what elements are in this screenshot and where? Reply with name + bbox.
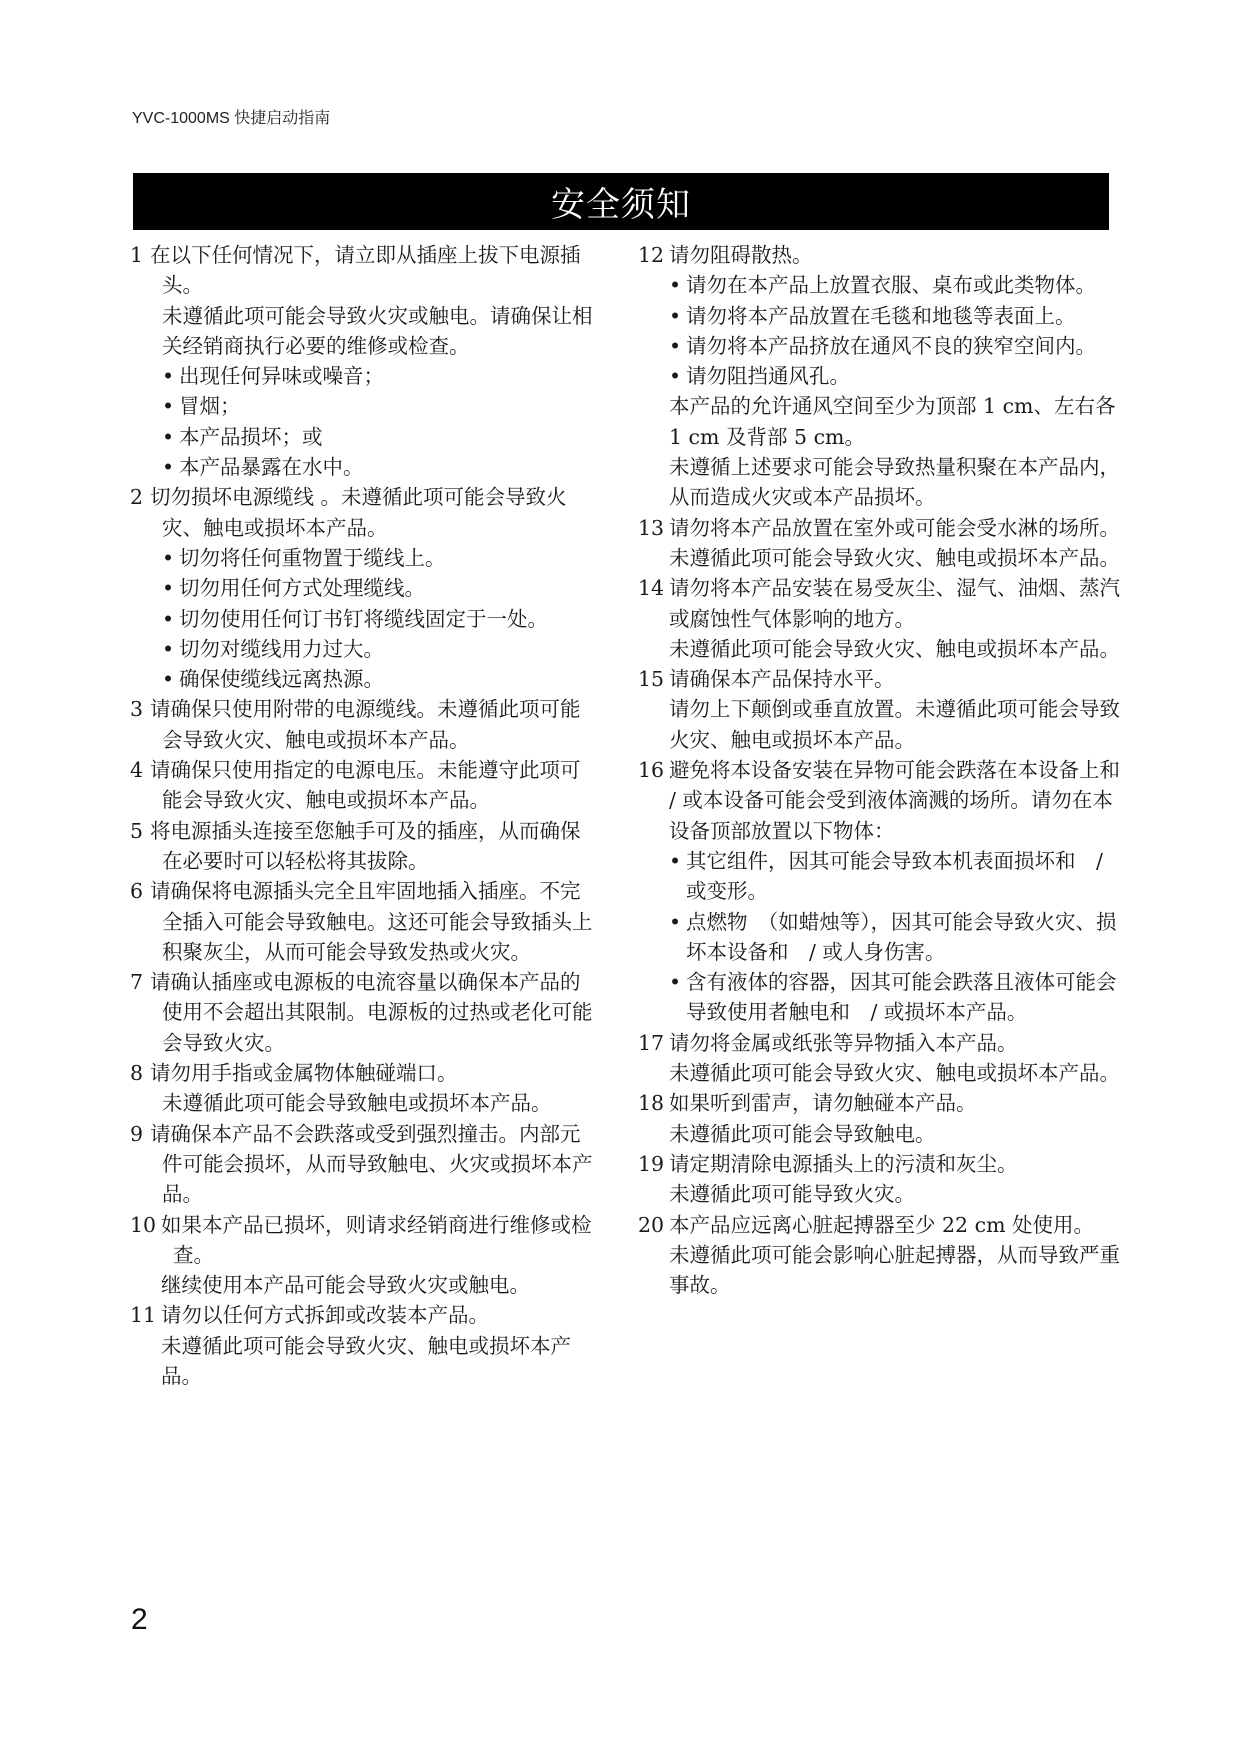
item-lead: 请勿用手指或金属物体触碰端口。 xyxy=(150,1058,600,1088)
item-note: 未遵循此项可能会导致火灾或触电。请确保让相关经销商执行必要的维修或检查。 xyxy=(150,301,600,362)
item-number: 13 xyxy=(638,513,664,543)
bullet-item: 出现任何异味或噪音； xyxy=(162,361,600,391)
item-lead: 请勿将本产品放置在室外或可能会受水淋的场所。 xyxy=(669,513,1128,543)
item-number: 20 xyxy=(638,1210,664,1240)
item-number: 14 xyxy=(638,573,664,603)
item-lead: 如果本产品已损坏，则请求经销商进行维修或检查。 xyxy=(161,1210,600,1271)
item-number: 2 xyxy=(130,482,143,512)
safety-item-13: 13 请勿将本产品放置在室外或可能会受水淋的场所。 未遵循此项可能会导致火灾、触… xyxy=(638,513,1128,574)
safety-item-14: 14 请勿将本产品安装在易受灰尘、湿气、油烟、蒸汽或腐蚀性气体影响的地方。 未遵… xyxy=(638,573,1128,664)
bullet-item: 请勿阻挡通风孔。 xyxy=(669,361,1128,391)
bullet-item: 其它组件，因其可能会导致本机表面损坏和 / 或变形。 xyxy=(669,846,1128,907)
bullet-item: 含有液体的容器，因其可能会跌落且液体可能会导致使用者触电和 / 或损坏本产品。 xyxy=(669,967,1128,1028)
safety-item-11: 11 请勿以任何方式拆卸或改装本产品。 未遵循此项可能会导致火灾、触电或损坏本产… xyxy=(130,1300,600,1391)
item-lead: 如果听到雷声，请勿触碰本产品。 xyxy=(669,1088,1128,1118)
item-lead: 请确保本产品保持水平。 xyxy=(669,664,1128,694)
item-lead: 避免将本设备安装在异物可能会跌落在本设备上和 / 或本设备可能会受到液体滴溅的场… xyxy=(669,755,1128,846)
item-number: 15 xyxy=(638,664,664,694)
item-number: 11 xyxy=(130,1300,156,1330)
item-number: 4 xyxy=(130,755,143,785)
item-lead: 切勿损坏电源缆线 。未遵循此项可能会导致火灾、触电或损坏本产品。 xyxy=(150,482,600,543)
safety-item-6: 6 请确保将电源插头完全且牢固地插入插座。不完全插入可能会导致触电。这还可能会导… xyxy=(130,876,600,967)
safety-item-20: 20 本产品应远离心脏起搏器至少 22 cm 处使用。 未遵循此项可能会影响心脏… xyxy=(638,1210,1128,1301)
bullet-item: 确保使缆线远离热源。 xyxy=(162,664,600,694)
item-number: 19 xyxy=(638,1149,664,1179)
item-lead: 请勿阻碍散热。 xyxy=(669,240,1128,270)
item-note: 未遵循此项可能导致火灾。 xyxy=(669,1179,1128,1209)
bullet-list: 请勿在本产品上放置衣服、桌布或此类物体。 请勿将本产品放置在毛毯和地毯等表面上。… xyxy=(669,270,1128,391)
safety-item-2: 2 切勿损坏电源缆线 。未遵循此项可能会导致火灾、触电或损坏本产品。 切勿将任何… xyxy=(130,482,600,694)
item-note: 未遵循此项可能会导致触电或损坏本产品。 xyxy=(150,1088,600,1118)
item-number: 12 xyxy=(638,240,664,270)
bullet-list: 其它组件，因其可能会导致本机表面损坏和 / 或变形。 点燃物 （如蜡烛等），因其… xyxy=(669,846,1128,1028)
item-number: 16 xyxy=(638,755,664,785)
item-note: 未遵循此项可能会导致触电。 xyxy=(669,1119,1128,1149)
safety-item-5: 5 将电源插头连接至您触手可及的插座，从而确保在必要时可以轻松将其拔除。 xyxy=(130,816,600,877)
item-number: 3 xyxy=(130,694,143,724)
left-column: 1 在以下任何情况下，请立即从插座上拔下电源插头。 未遵循此项可能会导致火灾或触… xyxy=(130,240,600,1391)
item-lead: 请定期清除电源插头上的污渍和灰尘。 xyxy=(669,1149,1128,1179)
item-note: 未遵循此项可能会导致火灾、触电或损坏本产品。 xyxy=(161,1331,600,1392)
safety-item-15: 15 请确保本产品保持水平。 请勿上下颠倒或垂直放置。未遵循此项可能会导致火灾、… xyxy=(638,664,1128,755)
safety-item-17: 17 请勿将金属或纸张等异物插入本产品。 未遵循此项可能会导致火灾、触电或损坏本… xyxy=(638,1028,1128,1089)
safety-item-12: 12 请勿阻碍散热。 请勿在本产品上放置衣服、桌布或此类物体。 请勿将本产品放置… xyxy=(638,240,1128,513)
bullet-item: 本产品损坏；或 xyxy=(162,422,600,452)
item-note: 本产品的允许通风空间至少为顶部 1 cm、左右各 1 cm 及背部 5 cm。 xyxy=(669,391,1128,452)
item-number: 17 xyxy=(638,1028,664,1058)
item-number: 9 xyxy=(130,1119,143,1149)
item-lead: 请确保只使用附带的电源缆线。未遵循此项可能会导致火灾、触电或损坏本产品。 xyxy=(150,694,600,755)
item-lead: 请确保本产品不会跌落或受到强烈撞击。内部元件可能会损坏，从而导致触电、火灾或损坏… xyxy=(150,1119,600,1210)
safety-item-16: 16 避免将本设备安装在异物可能会跌落在本设备上和 / 或本设备可能会受到液体滴… xyxy=(638,755,1128,1028)
safety-item-18: 18 如果听到雷声，请勿触碰本产品。 未遵循此项可能会导致触电。 xyxy=(638,1088,1128,1149)
bullet-item: 请勿将本产品放置在毛毯和地毯等表面上。 xyxy=(669,301,1128,331)
bullet-item: 请勿在本产品上放置衣服、桌布或此类物体。 xyxy=(669,270,1128,300)
page-number: 2 xyxy=(131,1603,148,1637)
safety-item-9: 9 请确保本产品不会跌落或受到强烈撞击。内部元件可能会损坏，从而导致触电、火灾或… xyxy=(130,1119,600,1210)
item-note: 未遵循上述要求可能会导致热量积聚在本产品内，从而造成火灾或本产品损坏。 xyxy=(669,452,1128,513)
section-title: 安全须知 xyxy=(551,177,691,226)
item-note: 请勿上下颠倒或垂直放置。未遵循此项可能会导致火灾、触电或损坏本产品。 xyxy=(669,694,1128,755)
safety-item-8: 8 请勿用手指或金属物体触碰端口。 未遵循此项可能会导致触电或损坏本产品。 xyxy=(130,1058,600,1119)
item-lead: 请勿将本产品安装在易受灰尘、湿气、油烟、蒸汽或腐蚀性气体影响的地方。 xyxy=(669,573,1128,634)
item-number: 7 xyxy=(130,967,143,997)
bullet-list: 出现任何异味或噪音； 冒烟； 本产品损坏；或 本产品暴露在水中。 xyxy=(150,361,600,482)
item-note: 未遵循此项可能会导致火灾、触电或损坏本产品。 xyxy=(669,543,1128,573)
item-lead: 在以下任何情况下，请立即从插座上拔下电源插头。 xyxy=(150,240,600,301)
safety-item-7: 7 请确认插座或电源板的电流容量以确保本产品的使用不会超出其限制。电源板的过热或… xyxy=(130,967,600,1058)
item-lead: 请确认插座或电源板的电流容量以确保本产品的使用不会超出其限制。电源板的过热或老化… xyxy=(150,967,600,1058)
item-lead: 请确保将电源插头完全且牢固地插入插座。不完全插入可能会导致触电。这还可能会导致插… xyxy=(150,876,600,967)
item-note: 未遵循此项可能会影响心脏起搏器，从而导致严重事故。 xyxy=(669,1240,1128,1301)
item-note: 未遵循此项可能会导致火灾、触电或损坏本产品。 xyxy=(669,1058,1128,1088)
item-note: 继续使用本产品可能会导致火灾或触电。 xyxy=(161,1270,600,1300)
bullet-item: 切勿使用任何订书钉将缆线固定于一处。 xyxy=(162,604,600,634)
safety-item-4: 4 请确保只使用指定的电源电压。未能遵守此项可能会导致火灾、触电或损坏本产品。 xyxy=(130,755,600,816)
bullet-item: 请勿将本产品挤放在通风不良的狭窄空间内。 xyxy=(669,331,1128,361)
safety-item-10: 10 如果本产品已损坏，则请求经销商进行维修或检查。 继续使用本产品可能会导致火… xyxy=(130,1210,600,1301)
item-note: 未遵循此项可能会导致火灾、触电或损坏本产品。 xyxy=(669,634,1128,664)
bullet-item: 切勿对缆线用力过大。 xyxy=(162,634,600,664)
safety-item-19: 19 请定期清除电源插头上的污渍和灰尘。 未遵循此项可能导致火灾。 xyxy=(638,1149,1128,1210)
running-head: YVC-1000MS 快捷启动指南 xyxy=(132,105,330,128)
bullet-item: 本产品暴露在水中。 xyxy=(162,452,600,482)
item-lead: 将电源插头连接至您触手可及的插座，从而确保在必要时可以轻松将其拔除。 xyxy=(150,816,600,877)
bullet-list: 切勿将任何重物置于缆线上。 切勿用任何方式处理缆线。 切勿使用任何订书钉将缆线固… xyxy=(150,543,600,694)
item-number: 1 xyxy=(130,240,143,270)
item-number: 8 xyxy=(130,1058,143,1088)
bullet-item: 冒烟； xyxy=(162,391,600,421)
item-lead: 本产品应远离心脏起搏器至少 22 cm 处使用。 xyxy=(669,1210,1128,1240)
bullet-item: 切勿将任何重物置于缆线上。 xyxy=(162,543,600,573)
item-lead: 请勿以任何方式拆卸或改装本产品。 xyxy=(161,1300,600,1330)
right-column: 12 请勿阻碍散热。 请勿在本产品上放置衣服、桌布或此类物体。 请勿将本产品放置… xyxy=(638,240,1128,1300)
safety-item-3: 3 请确保只使用附带的电源缆线。未遵循此项可能会导致火灾、触电或损坏本产品。 xyxy=(130,694,600,755)
item-lead: 请勿将金属或纸张等异物插入本产品。 xyxy=(669,1028,1128,1058)
bullet-item: 切勿用任何方式处理缆线。 xyxy=(162,573,600,603)
item-number: 5 xyxy=(130,816,143,846)
item-number: 6 xyxy=(130,876,143,906)
safety-item-1: 1 在以下任何情况下，请立即从插座上拔下电源插头。 未遵循此项可能会导致火灾或触… xyxy=(130,240,600,482)
item-number: 10 xyxy=(130,1210,156,1240)
section-title-bar: 安全须知 xyxy=(133,173,1109,230)
item-lead: 请确保只使用指定的电源电压。未能遵守此项可能会导致火灾、触电或损坏本产品。 xyxy=(150,755,600,816)
item-number: 18 xyxy=(638,1088,664,1118)
bullet-item: 点燃物 （如蜡烛等），因其可能会导致火灾、损坏本设备和 / 或人身伤害。 xyxy=(669,907,1128,968)
